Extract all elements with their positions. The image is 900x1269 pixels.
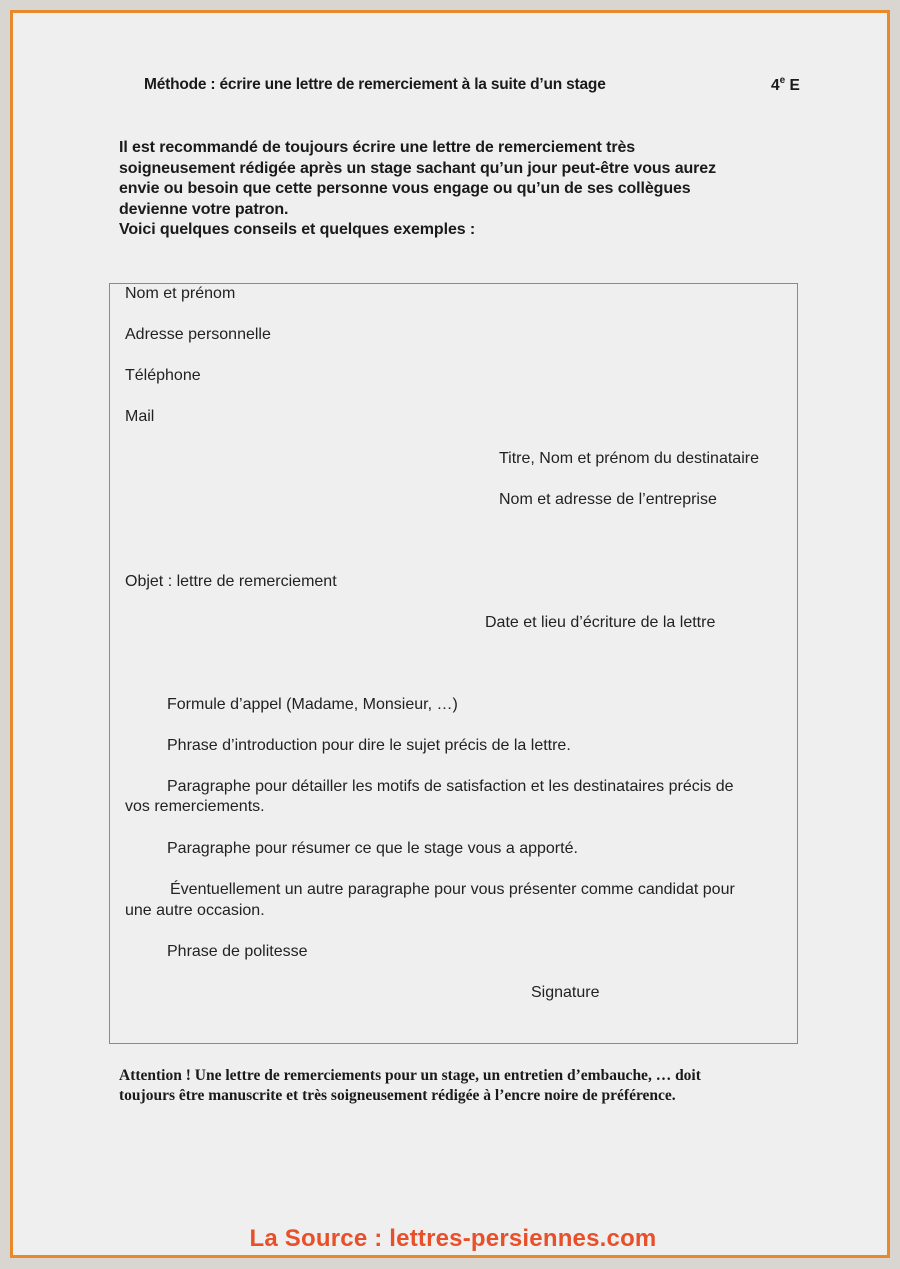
warning-line: Attention ! Une lettre de remerciements … [119, 1066, 819, 1086]
document-page: Méthode : écrire une lettre de remerciem… [10, 10, 890, 1258]
letter-template-box: Nom et prénom Adresse personnelle Téléph… [109, 283, 798, 1044]
intro-sentence: Phrase d’introduction pour dire le sujet… [167, 737, 571, 755]
letter-subject: Objet : lettre de remerciement [125, 573, 337, 591]
recipient-company: Nom et adresse de l’entreprise [499, 491, 717, 509]
grade-label: 4e E [771, 76, 800, 95]
grade-number: 4 [771, 77, 780, 94]
grade-superscript: e [780, 75, 786, 86]
intro-line: devienne votre patron. [119, 200, 819, 221]
page-title: Méthode : écrire une lettre de remerciem… [144, 76, 606, 94]
grade-letter: E [790, 77, 800, 94]
intro-line: envie ou besoin que cette personne vous … [119, 179, 819, 200]
intro-line: Voici quelques conseils et quelques exem… [119, 220, 819, 241]
sender-mail: Mail [125, 408, 154, 426]
paragraph-satisfaction-cont: vos remerciements. [125, 798, 265, 816]
warning-note: Attention ! Une lettre de remerciements … [119, 1066, 819, 1106]
closing-phrase: Phrase de politesse [167, 943, 308, 961]
paragraph-satisfaction: Paragraphe pour détailler les motifs de … [167, 778, 734, 796]
intro-line: soigneusement rédigée après un stage sac… [119, 159, 819, 180]
warning-line: toujours être manuscrite et très soigneu… [119, 1086, 819, 1106]
sender-phone: Téléphone [125, 367, 201, 385]
paragraph-summary: Paragraphe pour résumer ce que le stage … [167, 840, 578, 858]
signature: Signature [531, 984, 600, 1002]
paragraph-candidate-cont: une autre occasion. [125, 902, 265, 920]
paragraph-candidate: Éventuellement un autre paragraphe pour … [170, 881, 735, 899]
intro-paragraph: Il est recommandé de toujours écrire une… [119, 138, 819, 241]
sender-name: Nom et prénom [125, 285, 235, 303]
recipient-name: Titre, Nom et prénom du destinataire [499, 450, 759, 468]
source-credit: La Source : lettres-persiennes.com [13, 1225, 893, 1253]
date-place: Date et lieu d’écriture de la lettre [485, 614, 715, 632]
intro-line: Il est recommandé de toujours écrire une… [119, 138, 819, 159]
salutation: Formule d’appel (Madame, Monsieur, …) [167, 696, 458, 714]
sender-address: Adresse personnelle [125, 326, 271, 344]
